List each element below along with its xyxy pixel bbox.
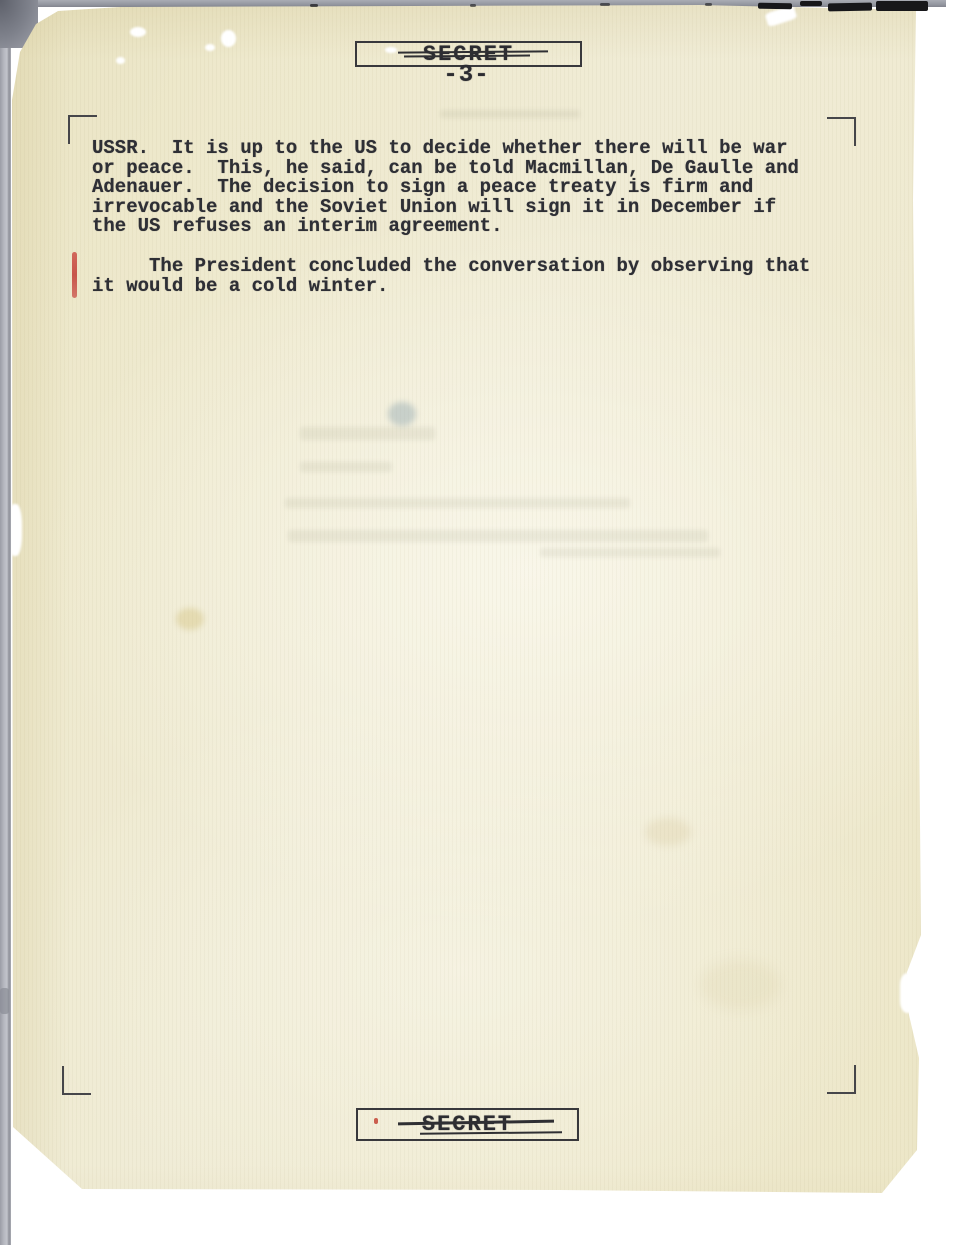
bleedthrough-smudge bbox=[540, 548, 720, 557]
tear-patch bbox=[116, 57, 125, 64]
crop-mark-bottom-left bbox=[62, 1066, 91, 1095]
black-edge-mark bbox=[705, 3, 712, 6]
scanner-edge-smudge bbox=[0, 988, 9, 1014]
black-edge-mark bbox=[800, 1, 822, 6]
black-edge-mark bbox=[828, 3, 872, 12]
classification-banner-bottom: SECRET bbox=[356, 1108, 579, 1141]
paper-stain bbox=[176, 608, 204, 630]
scanner-edge-left bbox=[0, 0, 11, 1245]
paper-stain bbox=[700, 960, 780, 1010]
red-dot-mark bbox=[374, 1118, 378, 1124]
page-number: -3- bbox=[355, 62, 578, 89]
bleedthrough-smudge bbox=[288, 530, 708, 542]
tear-patch bbox=[205, 44, 215, 51]
black-edge-mark bbox=[600, 3, 610, 6]
black-edge-mark bbox=[310, 4, 318, 7]
bleedthrough-smudge bbox=[285, 498, 630, 508]
bleedthrough-smudge bbox=[300, 427, 435, 440]
document-page: SECRET -3- USSR. It is up to the US to d… bbox=[0, 0, 960, 1245]
tear-patch bbox=[221, 30, 236, 47]
black-edge-mark bbox=[876, 1, 928, 11]
scan-background: SECRET -3- USSR. It is up to the US to d… bbox=[0, 0, 960, 1245]
bleedthrough-smudge bbox=[300, 462, 392, 472]
crop-mark-bottom-right bbox=[827, 1065, 856, 1094]
tear-patch bbox=[130, 27, 146, 37]
tear-patch bbox=[900, 973, 924, 1013]
red-margin-mark bbox=[72, 252, 77, 298]
ink-stain bbox=[388, 402, 416, 426]
black-edge-mark bbox=[470, 4, 476, 7]
paper-stain bbox=[645, 818, 691, 846]
bleedthrough-smudge bbox=[440, 110, 580, 118]
body-paragraph-2: The President concluded the conversation… bbox=[92, 257, 832, 296]
body-paragraph-1: USSR. It is up to the US to decide wheth… bbox=[92, 139, 832, 237]
black-edge-mark bbox=[758, 3, 792, 10]
